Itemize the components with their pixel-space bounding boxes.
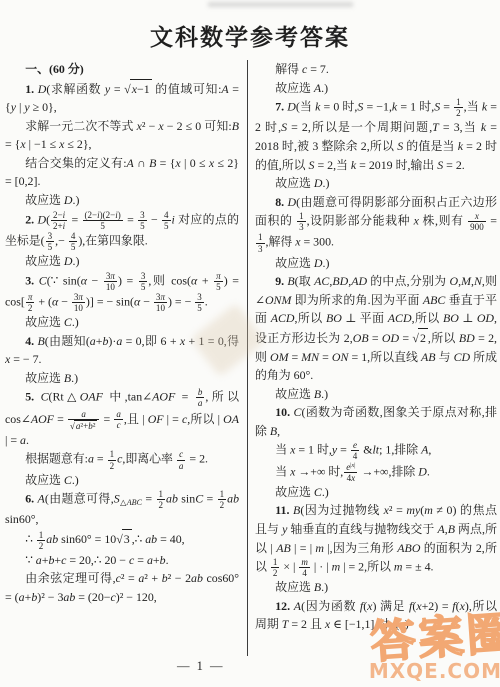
- paragraph: 故应选 D.): [255, 254, 497, 273]
- scan-artifact-header: [208, 2, 353, 7]
- scanned-answer-page: 文科数学参考答案 一、(60 分)1. D(求解函数 y = √x−1 的值域可…: [0, 0, 500, 687]
- paragraph: 11. B(因为过抛物线 x² = my(m ≠ 0) 的焦点且与 y 轴垂直的…: [255, 501, 497, 578]
- paragraph: 1. D(求解函数 y = √x−1 的值域可知:A = {y | y ≥ 0}…: [5, 79, 239, 117]
- paragraph: ∴ 12ab sin60° = 10√3,∴ ab = 40,: [5, 529, 239, 551]
- column-right: 解得 c = 7.故应选 A.)7. D(当 k = 0 时,S = −1,k …: [246, 60, 497, 676]
- paragraph: 12. A(因为函数 f(x) 满足 f(x+2) = f(x),所以周期 T …: [255, 597, 497, 634]
- paragraph: 7. D(当 k = 0 时,S = −1,k = 1 时,S = 12,当 k…: [255, 97, 497, 174]
- paragraph: 故应选 A.): [255, 79, 497, 98]
- paragraph: 3. C(∵ sin(α − 3π10) = 35,则 cos(α + π5) …: [5, 271, 239, 314]
- paragraph: 8. D(由题意可得阴影部分面积占正六边形面积的 13,设阴影部分能栽种 x 株…: [255, 193, 497, 254]
- paragraph: 9. B(取 AC,BD,AD 的中点,分别为 O,M,N,则 ∠ONM 即为所…: [255, 272, 497, 384]
- paragraph: 由余弦定理可得,c² = a² + b² − 2ab cos60° = (a+b…: [5, 569, 239, 606]
- paragraph: 故应选 D.): [255, 174, 497, 193]
- paragraph: 故应选 B.): [255, 385, 497, 404]
- paragraph: 解得 c = 7.: [255, 60, 497, 79]
- paragraph: 故应选 C.): [5, 471, 239, 490]
- paragraph: 故应选 D.): [5, 252, 239, 271]
- paragraph: 10. C(函数为奇函数,图象关于原点对称,排除 B,: [255, 403, 497, 440]
- paragraph: 求解一元二次不等式 x² − x − 2 ≤ 0 可知:B = {x | −1 …: [5, 117, 239, 154]
- two-column-body: 一、(60 分)1. D(求解函数 y = √x−1 的值域可知:A = {y …: [0, 60, 500, 676]
- paragraph: 故应选 B.): [255, 578, 497, 597]
- paragraph: 根据题意有:a = 12c,即离心率 ca = 2.: [5, 449, 239, 470]
- paragraph: 故应选 B.): [5, 369, 239, 388]
- section-heading: 一、(60 分): [5, 60, 239, 79]
- paragraph: 5. C(Rt△OAF 中,tan∠AOF = ba,所以 cos∠AOF = …: [5, 387, 239, 449]
- paragraph: 当 x = 1 时,y = e4 &lt; 1,排除 A,: [255, 440, 497, 461]
- paragraph: 2. D(2−i2+i = (2−i)(2−i)5 = 35 − 45i 对应的…: [5, 210, 239, 253]
- paragraph: 当 x →+∞ 时,e|x|4x →+∞,排除 D.: [255, 462, 497, 483]
- paragraph: 6. A(由题意可得,S△ABC = 12ab sinC = 12ab sin6…: [5, 489, 239, 529]
- paragraph: 故应选 D.): [5, 191, 239, 210]
- page-number: — 1 —: [177, 659, 225, 674]
- paragraph: 结合交集的定义有:A ∩ B = {x | 0 ≤ x ≤ 2} = [0,2]…: [5, 154, 239, 191]
- page-title: 文科数学参考答案: [0, 0, 500, 52]
- column-divider: [247, 60, 248, 656]
- paragraph: 故应选 C.): [255, 483, 497, 502]
- paragraph: ∵ a+b+c = 20,∴ 20 − c = a+b.: [5, 551, 239, 570]
